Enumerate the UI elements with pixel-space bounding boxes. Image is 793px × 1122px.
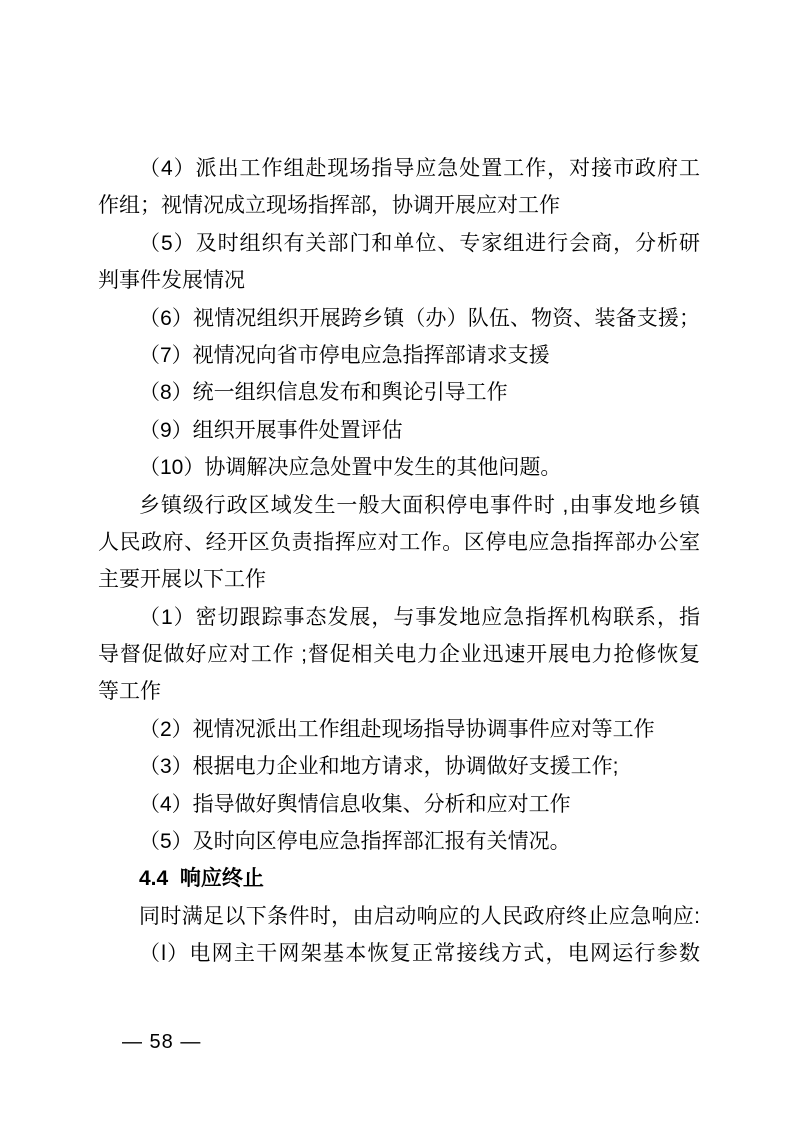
- text-line: 作组；视情况成立现场指挥部，协调开展应对工作: [98, 187, 700, 224]
- text-line: （l）电网主干网架基本恢复正常接线方式，电网运行参数: [98, 935, 700, 972]
- text-line: （4）指导做好舆情信息收集、分析和应对工作: [98, 786, 700, 823]
- text-line: （6）视情况组织开展跨乡镇（办）队伍、物资、装备支援；: [98, 300, 700, 337]
- text-line: 导督促做好应对工作 ;督促相关电力企业迅速开展电力抢修恢复: [98, 636, 700, 673]
- text-line: （7）视情况向省市停电应急指挥部请求支援: [98, 337, 700, 374]
- text-line: 乡镇级行政区域发生一般大面积停电事件时 ,由事发地乡镇: [98, 487, 700, 524]
- document-body: （4）派出工作组赴现场指导应急处置工作，对接市政府工作组；视情况成立现场指挥部，…: [98, 150, 700, 973]
- text-line: （1）密切跟踪事态发展，与事发地应急指挥机构联系，指: [98, 599, 700, 636]
- section-heading: 4.4 响应终止: [98, 860, 700, 897]
- text-line: （10）协调解决应急处置中发生的其他问题。: [98, 449, 700, 486]
- text-line: （8）统一组织信息发布和舆论引导工作: [98, 374, 700, 411]
- text-line: 等工作: [98, 673, 700, 710]
- text-line: 人民政府、经开区负责指挥应对工作。区停电应急指挥部办公室: [98, 524, 700, 561]
- text-line: （5）及时向区停电应急指挥部汇报有关情况。: [98, 823, 700, 860]
- text-line: 主要开展以下工作: [98, 561, 700, 598]
- text-line: （9）组织开展事件处置评估: [98, 412, 700, 449]
- text-line: （2）视情况派出工作组赴现场指导协调事件应对等工作: [98, 711, 700, 748]
- text-line: （3）根据电力企业和地方请求，协调做好支援工作;: [98, 748, 700, 785]
- text-line: （4）派出工作组赴现场指导应急处置工作，对接市政府工: [98, 150, 700, 187]
- text-line: 同时满足以下条件时，由启动响应的人民政府终止应急响应:: [98, 898, 700, 935]
- document-page: （4）派出工作组赴现场指导应急处置工作，对接市政府工作组；视情况成立现场指挥部，…: [0, 0, 793, 1122]
- text-line: （5）及时组织有关部门和单位、专家组进行会商，分析研: [98, 225, 700, 262]
- text-line: 判事件发展情况: [98, 262, 700, 299]
- page-number: — 58 —: [122, 1030, 201, 1054]
